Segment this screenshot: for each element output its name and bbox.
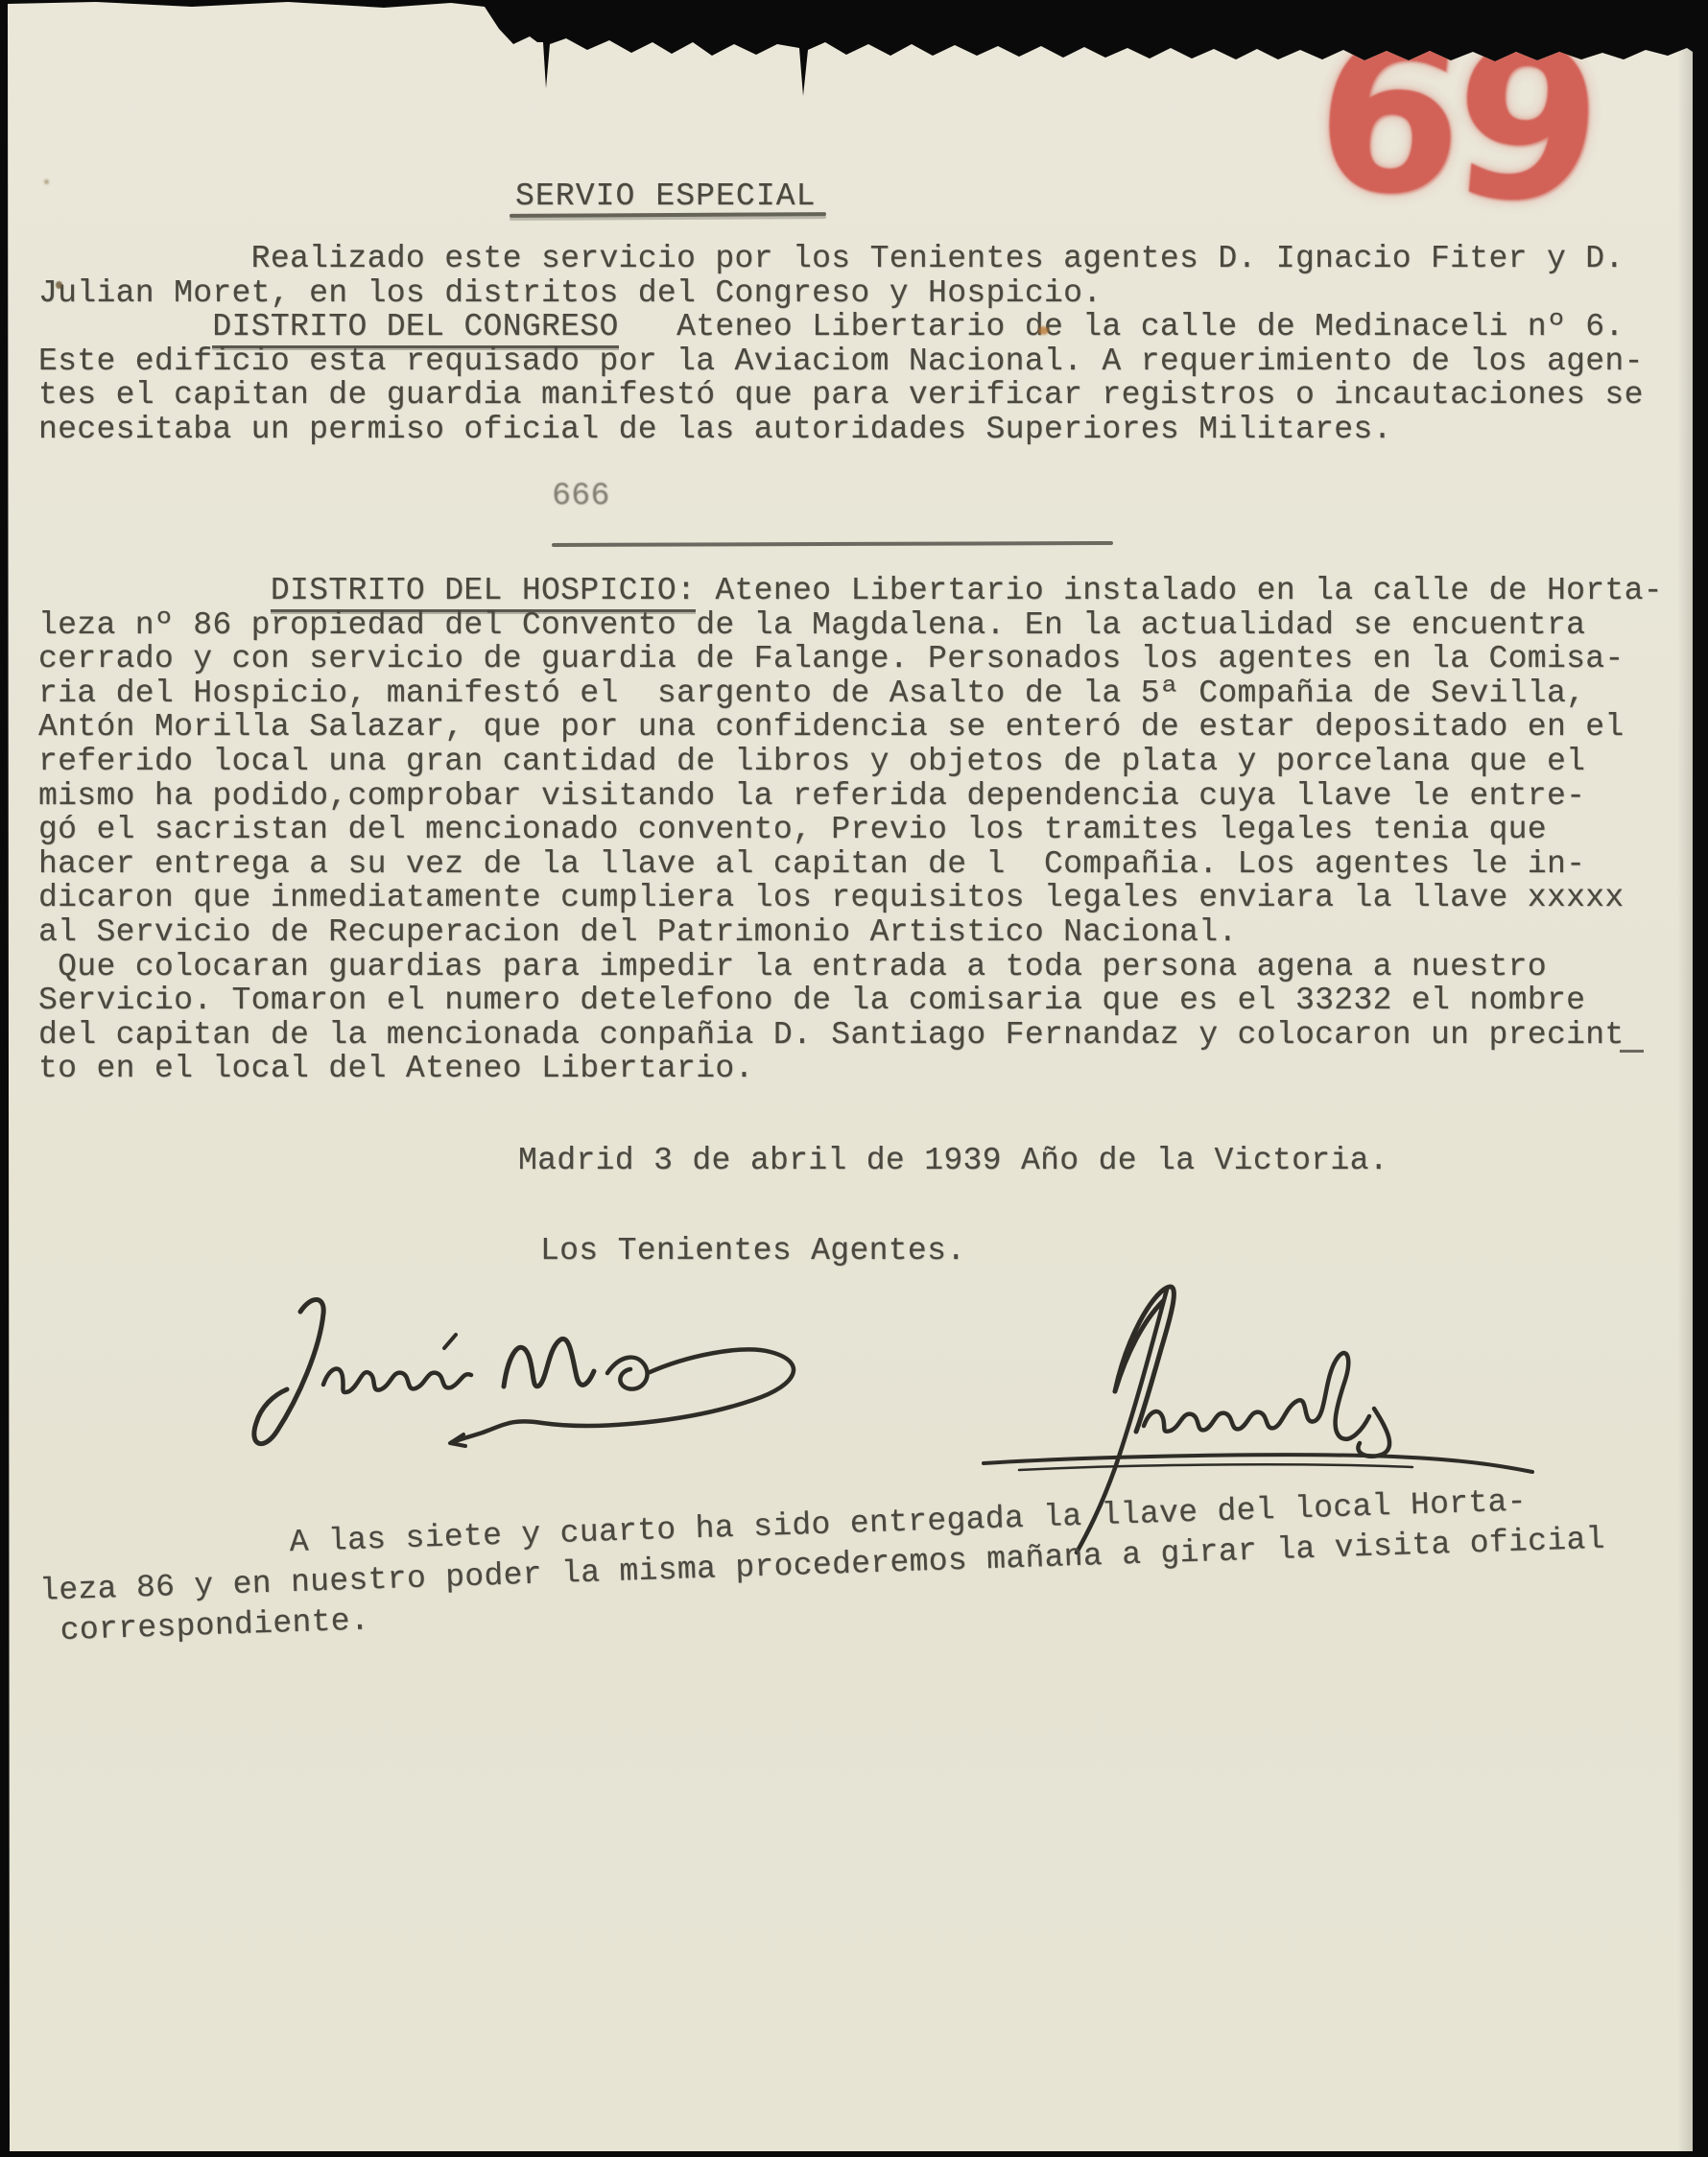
signature-caption: Los Tenientes Agentes. — [540, 1234, 965, 1268]
typewritten-line: necesitaba un permiso oficial de las aut… — [38, 413, 1644, 447]
typewritten-line: ria del Hospicio, manifestó el sargento … — [38, 676, 1663, 711]
typewritten-line: Que colocaran guardias para impedir la e… — [38, 950, 1663, 984]
divider-line — [552, 541, 1113, 547]
seizure-paragraph: Que colocaran guardias para impedir la e… — [38, 950, 1663, 1086]
congreso-paragraph: Este edificio esta requisado por la Avia… — [38, 344, 1644, 447]
typewritten-line: cerrado y con servicio de guardia de Fal… — [38, 642, 1663, 676]
typewritten-line: tes el capitan de guardia manifestó que … — [38, 378, 1644, 413]
typewritten-line: mismo ha podido,comprobar visitando la r… — [38, 779, 1663, 814]
document-title: SERVIO ESPECIAL — [515, 178, 817, 214]
julian-moret-signature — [216, 1281, 888, 1463]
opening-paragraph: Realizado este servicio por los Teniente… — [38, 242, 1644, 447]
hospicio-lines: leza nº 86 propiedad del Convento de la … — [38, 608, 1663, 950]
typewritten-line: Antón Morilla Salazar, que por una confi… — [38, 710, 1663, 745]
closing-lines: A las siete y cuarto ha sido entregada l… — [37, 1480, 1607, 1652]
typewritten-line: Julian Moret, en los distritos del Congr… — [38, 276, 1644, 311]
hospicio-heading: DISTRITO DEL HOSPICIO: — [271, 573, 696, 612]
typewritten-line: hacer entrega a su vez de la llave al ca… — [38, 847, 1663, 882]
paper-stain — [1038, 326, 1049, 335]
indent — [38, 573, 271, 608]
precinto-underline — [1620, 1050, 1644, 1053]
typewritten-line: del capitan de la mencionada conpañia D.… — [38, 1018, 1663, 1053]
indent — [38, 309, 212, 344]
hospicio-paragraph: DISTRITO DEL HOSPICIO: Ateneo Libertario… — [38, 574, 1663, 1086]
congreso-heading-rest: Ateneo Libertario de la calle de Medinac… — [619, 309, 1625, 344]
typewritten-line: gó el sacristan del mencionado convento,… — [38, 813, 1663, 847]
typewritten-line: al Servicio de Recuperacion del Patrimon… — [38, 915, 1663, 950]
date-line: Madrid 3 de abril de 1939 Año de la Vict… — [518, 1144, 1388, 1178]
typewritten-line: Este edificio esta requisado por la Avia… — [38, 344, 1644, 379]
paper-edge-shadow — [1677, 0, 1693, 2157]
typewritten-line: Realizado este servicio por los Teniente… — [38, 242, 1644, 276]
title-underline — [510, 212, 826, 218]
typewritten-line: dicaron que inmediatamente cumpliera los… — [38, 881, 1663, 915]
typewritten-line: to en el local del Ateneo Libertario. — [38, 1052, 1663, 1086]
ghost-number: 666 — [552, 478, 609, 513]
hospicio-heading-rest: Ateneo Libertario instalado en la calle … — [696, 573, 1663, 608]
document-page: 69 SERVIO ESPECIAL Realizado este servic… — [0, 0, 1708, 2157]
paper-stain — [44, 179, 49, 184]
typewritten-line: Servicio. Tomaron el numero detelefono d… — [38, 984, 1663, 1018]
typewritten-line: referido local una gran cantidad de libr… — [38, 745, 1663, 779]
congreso-heading-line: DISTRITO DEL CONGRESO Ateneo Libertario … — [38, 310, 1644, 344]
hospicio-heading-line: DISTRITO DEL HOSPICIO: Ateneo Libertario… — [38, 574, 1663, 608]
page-number-stamp: 69 — [1308, 9, 1601, 233]
typewritten-line: leza nº 86 propiedad del Convento de la … — [38, 608, 1663, 643]
paper-stain — [56, 281, 62, 289]
closing-paragraph: A las siete y cuarto ha sido entregada l… — [37, 1480, 1607, 1652]
